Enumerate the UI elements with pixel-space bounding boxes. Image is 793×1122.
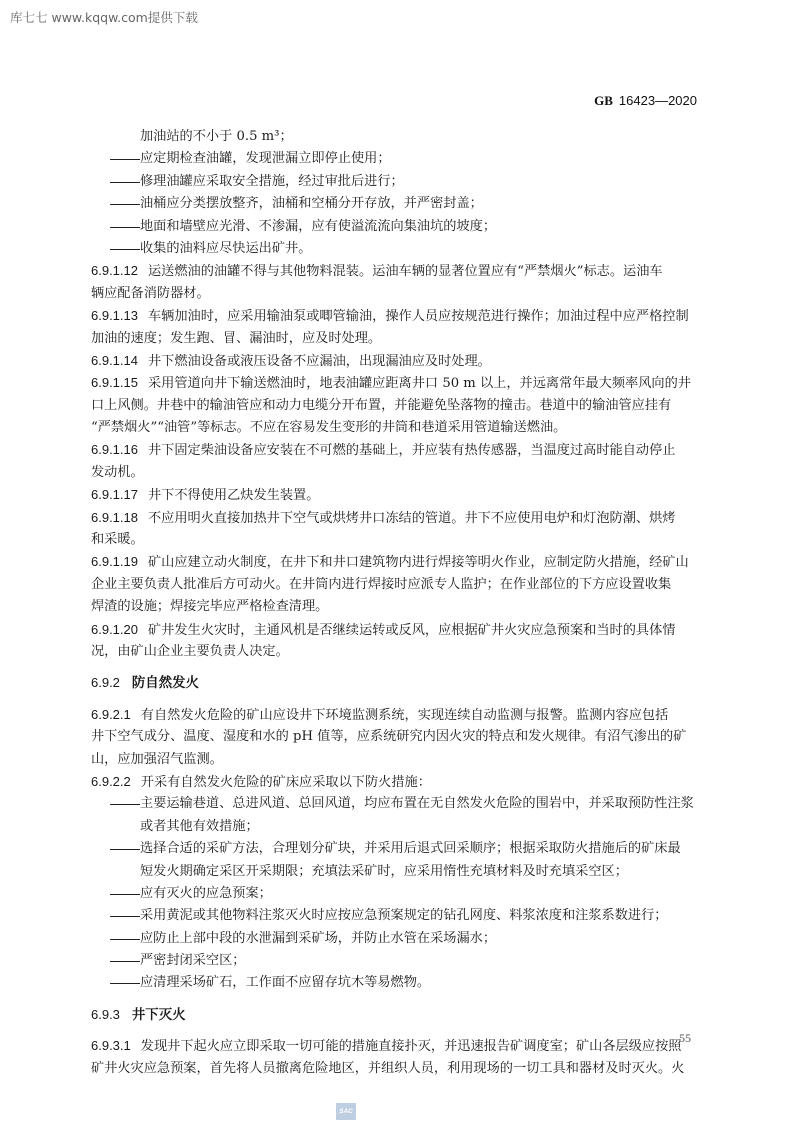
line-text: 应防止上部中段的水泄漏到采矿场，并防止水管在采场漏水； (140, 931, 496, 946)
list-item: 应清理采场矿石，工作面不应留存坑木等易燃物。 (91, 972, 707, 994)
text-line: 收集的油料应尽快运出矿井。 (91, 238, 707, 260)
list-item: 严密封闭采空区； (91, 950, 707, 972)
line-text: 井下不得使用乙炔发生装置。 (148, 488, 319, 503)
line-text: “严禁烟火”“油管”等标志。不应在容易发生变形的井筒和巷道采用管道输送燃油。 (91, 420, 566, 435)
line-text: 主要运输巷道、总进风道、总回风道，均应布置在无自然发火危险的围岩中，并采取预防性… (140, 796, 694, 811)
text-line: 6.9.1.18不应用明火直接加热井下空气或烘烤井口冻结的管道。井下不应使用电炉… (91, 507, 707, 529)
clause: 6.9.1.20矿井发生火灾时，主通风机是否继续运转或反风，应根据矿井火灾应急预… (91, 619, 707, 664)
line-text: 加油的速度；发生跑、冒、漏油时，应及时处理。 (91, 331, 381, 346)
text-line: 焊渣的设施；焊接完毕应严格检查清理。 (91, 596, 707, 618)
line-text: 油桶应分类摆放整齐，油桶和空桶分开存放，并严密封盖； (140, 196, 483, 211)
text-line: 6.9.3.1发现井下起火应立即采取一切可能的措施直接扑灭，并迅速报告矿调度室；… (91, 1035, 707, 1057)
line-text: 采用管道向井下输送燃油时，地表油罐应距离井口 50 m 以上，并远离常年最大频率… (148, 376, 691, 391)
clause-number: 6.9.2.1 (91, 707, 131, 722)
text-line: 和采暖。 (91, 529, 707, 551)
line-text: 应清理采场矿石，工作面不应留存坑木等易燃物。 (140, 975, 430, 990)
em-dash-bullet-icon (110, 939, 140, 940)
em-dash-bullet-icon (110, 961, 140, 962)
document-body: 加油站的不小于 0.5 m³；应定期检查油罐，发现泄漏立即停止使用；修理油罐应采… (91, 126, 707, 1080)
list-item: 地面和墙壁应光滑、不渗漏，应有使溢流流向集油坑的坡度； (91, 216, 707, 238)
line-text: 况，由矿山企业主要负责人决定。 (91, 644, 289, 659)
line-text: 采用黄泥或其他物料注浆灭火时应按应急预案规定的钻孔网度、料浆浓度和注浆系数进行； (140, 908, 668, 923)
text-line: 6.9.1.16井下固定柴油设备应安装在不可燃的基础上，并应装有热传感器，当温度… (91, 439, 707, 461)
line-text: 应定期检查油罐，发现泄漏立即停止使用； (140, 151, 391, 166)
clause-number: 6.9.1.19 (91, 554, 138, 569)
list-item: 油桶应分类摆放整齐，油桶和空桶分开存放，并严密封盖； (91, 193, 707, 215)
sac-logo-icon: SAC (336, 1103, 356, 1120)
em-dash-bullet-icon (110, 894, 140, 895)
clause-number: 6.9.2.2 (91, 774, 131, 789)
clause: 6.9.2.2开采有自然发火危险的矿床应采取以下防火措施： (91, 771, 707, 793)
em-dash-bullet-icon (110, 249, 140, 250)
clause: 6.9.1.13车辆加油时，应采用输油泵或唧管输油，操作人员应按规范进行操作；加… (91, 305, 707, 350)
clause: 6.9.1.19矿山应建立动火制度，在井下和井口建筑物内进行焊接等明火作业，应制… (91, 551, 707, 618)
clause: 6.9.1.15采用管道向井下输送燃油时，地表油罐应距离井口 50 m 以上，并… (91, 372, 707, 439)
em-dash-bullet-icon (110, 916, 140, 917)
clause: 6.9.2.1有自然发火危险的矿山应设井下环境监测系统，实现连续自动监测与报警。… (91, 704, 707, 771)
list-item: 修理油罐应采取安全措施，经过审批后进行； (91, 171, 707, 193)
text-line: 井下空气成分、温度、湿度和水的 pH 值等，应系统研究内因火灾的特点和发火规律。… (91, 726, 707, 748)
text-line: 应有灭火的应急预案； (91, 883, 707, 905)
watermark: 库七七 www.kqqw.com提供下载 (10, 8, 198, 26)
list-item: 应定期检查油罐，发现泄漏立即停止使用； (91, 148, 707, 170)
text-line: 况，由矿山企业主要负责人决定。 (91, 641, 707, 663)
text-line: 主要运输巷道、总进风道、总回风道，均应布置在无自然发火危险的围岩中，并采取预防性… (91, 793, 707, 815)
list-item: 主要运输巷道、总进风道、总回风道，均应布置在无自然发火危险的围岩中，并采取预防性… (91, 793, 707, 838)
line-text: 或者其他有效措施； (140, 819, 259, 834)
text-line: 油桶应分类摆放整齐，油桶和空桶分开存放，并严密封盖； (91, 193, 707, 215)
text-line: 短发火期确定采区开采期限；充填法采矿时，应采用惰性充填材料及时充填采空区； (91, 861, 707, 883)
clause-number: 6.9.1.16 (91, 442, 138, 457)
text-line: 采用黄泥或其他物料注浆灭火时应按应急预案规定的钻孔网度、料浆浓度和注浆系数进行； (91, 905, 707, 927)
list-item: 选择合适的采矿方法，合理划分矿块，并采用后退式回采顺序；根据采取防火措施后的矿床… (91, 838, 707, 883)
section-heading: 6.9.2防自然发火 (91, 672, 707, 694)
line-text: 辆应配备消防器材。 (91, 286, 210, 301)
text-line: 严密封闭采空区； (91, 950, 707, 972)
line-text: 焊渣的设施；焊接完毕应严格检查清理。 (91, 599, 328, 614)
clause-number: 6.9.3.1 (91, 1038, 131, 1053)
line-text: 发现井下起火应立即采取一切可能的措施直接扑灭，并迅速报告矿调度室；矿山各层级应按… (141, 1039, 682, 1054)
text-line: 6.9.1.17井下不得使用乙炔发生装置。 (91, 484, 707, 506)
clause-number: 6.9.1.20 (91, 622, 138, 637)
text-line: 应清理采场矿石，工作面不应留存坑木等易燃物。 (91, 972, 707, 994)
text-line: 6.9.1.12运送燃油的油罐不得与其他物料混装。运油车辆的显著位置应有“严禁烟… (91, 260, 707, 282)
line-text: 加油站的不小于 0.5 m³； (140, 129, 293, 144)
text-line: 6.9.1.14井下燃油设备或液压设备不应漏油，出现漏油应及时处理。 (91, 350, 707, 372)
clause-number: 6.9.1.14 (91, 353, 138, 368)
text-line: “严禁烟火”“油管”等标志。不应在容易发生变形的井筒和巷道采用管道输送燃油。 (91, 417, 707, 439)
section-title: 防自然发火 (132, 675, 199, 690)
text-line: 发动机。 (91, 462, 707, 484)
text-line: 企业主要负责人批准后方可动火。在井筒内进行焊接时应派专人监护；在作业部位的下方应… (91, 574, 707, 596)
line-text: 严密封闭采空区； (140, 953, 246, 968)
clause: 6.9.1.12运送燃油的油罐不得与其他物料混装。运油车辆的显著位置应有“严禁烟… (91, 260, 707, 305)
list-item: 应有灭火的应急预案； (91, 883, 707, 905)
list-item: 应防止上部中段的水泄漏到采矿场，并防止水管在采场漏水； (91, 928, 707, 950)
em-dash-bullet-icon (110, 159, 140, 160)
line-text: 企业主要负责人批准后方可动火。在井筒内进行焊接时应派专人监护；在作业部位的下方应… (91, 577, 671, 592)
em-dash-bullet-icon (110, 804, 140, 805)
line-text: 修理油罐应采取安全措施，经过审批后进行； (140, 174, 404, 189)
standard-code: GB16423—2020 (594, 93, 697, 109)
standard-number: 16423—2020 (619, 93, 697, 108)
line-text: 开采有自然发火危险的矿床应采取以下防火措施： (141, 775, 431, 790)
list-item: 收集的油料应尽快运出矿井。 (91, 238, 707, 260)
text-line: 地面和墙壁应光滑、不渗漏，应有使溢流流向集油坑的坡度； (91, 216, 707, 238)
line-text: 井下燃油设备或液压设备不应漏油，出现漏油应及时处理。 (148, 354, 491, 369)
line-text: 选择合适的采矿方法，合理划分矿块，并采用后退式回采顺序；根据采取防火措施后的矿床… (140, 841, 681, 856)
list-item: 采用黄泥或其他物料注浆灭火时应按应急预案规定的钻孔网度、料浆浓度和注浆系数进行； (91, 905, 707, 927)
text-line: 修理油罐应采取安全措施，经过审批后进行； (91, 171, 707, 193)
text-line: 应防止上部中段的水泄漏到采矿场，并防止水管在采场漏水； (91, 928, 707, 950)
clause: 6.9.1.14井下燃油设备或液压设备不应漏油，出现漏油应及时处理。 (91, 350, 707, 372)
text-line: 6.9.1.19矿山应建立动火制度，在井下和井口建筑物内进行焊接等明火作业，应制… (91, 551, 707, 573)
line-text: 井下空气成分、温度、湿度和水的 pH 值等，应系统研究内因火灾的特点和发火规律。… (91, 729, 686, 744)
line-text: 运送燃油的油罐不得与其他物料混装。运油车辆的显著位置应有“严禁烟火”标志。运油车 (148, 264, 663, 279)
text-line: 选择合适的采矿方法，合理划分矿块，并采用后退式回采顺序；根据采取防火措施后的矿床… (91, 838, 707, 860)
em-dash-bullet-icon (110, 204, 140, 205)
em-dash-bullet-icon (110, 983, 140, 984)
line-text: 发动机。 (91, 465, 144, 480)
line-text: 矿井火灾应急预案，首先将人员撤离危险地区，并组织人员，利用现场的一切工具和器材及… (91, 1061, 684, 1076)
section-number: 6.9.2 (91, 675, 120, 690)
continuation-text: 加油站的不小于 0.5 m³； (91, 126, 707, 148)
clause-number: 6.9.1.12 (91, 263, 138, 278)
line-text: 矿井发生火灾时，主通风机是否继续运转或反风，应根据矿井火灾应急预案和当时的具体情 (148, 623, 676, 638)
line-text: 山，应加强沼气监测。 (91, 752, 223, 767)
line-text: 和采暖。 (91, 532, 144, 547)
line-text: 车辆加油时，应采用输油泵或唧管输油，操作人员应按规范进行操作；加油过程中应严格控… (148, 309, 689, 324)
line-text: 口上风侧。井巷中的输油管应和动力电缆分开布置，并能避免坠落物的撞击。巷道中的输油… (91, 398, 671, 413)
text-line: 应定期检查油罐，发现泄漏立即停止使用； (91, 148, 707, 170)
clause-number: 6.9.1.15 (91, 375, 138, 390)
text-line: 矿井火灾应急预案，首先将人员撤离危险地区，并组织人员，利用现场的一切工具和器材及… (91, 1058, 707, 1080)
clause: 6.9.1.17井下不得使用乙炔发生装置。 (91, 484, 707, 506)
text-line: 6.9.1.15采用管道向井下输送燃油时，地表油罐应距离井口 50 m 以上，并… (91, 372, 707, 394)
text-line: 6.9.2.1有自然发火危险的矿山应设井下环境监测系统，实现连续自动监测与报警。… (91, 704, 707, 726)
section-heading: 6.9.3井下灭火 (91, 1004, 707, 1026)
page-number: 55 (679, 1031, 691, 1046)
em-dash-bullet-icon (110, 182, 140, 183)
clause-number: 6.9.1.18 (91, 510, 138, 525)
text-line: 6.9.1.20矿井发生火灾时，主通风机是否继续运转或反风，应根据矿井火灾应急预… (91, 619, 707, 641)
text-line: 口上风侧。井巷中的输油管应和动力电缆分开布置，并能避免坠落物的撞击。巷道中的输油… (91, 395, 707, 417)
text-line: 或者其他有效措施； (91, 816, 707, 838)
section-title: 井下灭火 (132, 1007, 186, 1022)
text-line: 辆应配备消防器材。 (91, 283, 707, 305)
section-number: 6.9.3 (91, 1007, 120, 1022)
em-dash-bullet-icon (110, 227, 140, 228)
text-line: 加油的速度；发生跑、冒、漏油时，应及时处理。 (91, 328, 707, 350)
em-dash-bullet-icon (110, 849, 140, 850)
line-text: 矿山应建立动火制度，在井下和井口建筑物内进行焊接等明火作业，应制定防火措施，经矿… (148, 555, 689, 570)
text-line: 山，应加强沼气监测。 (91, 749, 707, 771)
line-text: 收集的油料应尽快运出矿井。 (140, 241, 311, 256)
line-text: 有自然发火危险的矿山应设井下环境监测系统，实现连续自动监测与报警。监测内容应包括 (141, 708, 669, 723)
text-line: 6.9.2.2开采有自然发火危险的矿床应采取以下防火措施： (91, 771, 707, 793)
line-text: 应有灭火的应急预案； (140, 886, 272, 901)
clause: 6.9.1.18不应用明火直接加热井下空气或烘烤井口冻结的管道。井下不应使用电炉… (91, 507, 707, 552)
clause: 6.9.1.16井下固定柴油设备应安装在不可燃的基础上，并应装有热传感器，当温度… (91, 439, 707, 484)
text-line: 6.9.1.13车辆加油时，应采用输油泵或唧管输油，操作人员应按规范进行操作；加… (91, 305, 707, 327)
standard-prefix: GB (594, 93, 613, 108)
clause: 6.9.3.1发现井下起火应立即采取一切可能的措施直接扑灭，并迅速报告矿调度室；… (91, 1035, 707, 1080)
line-text: 地面和墙壁应光滑、不渗漏，应有使溢流流向集油坑的坡度； (140, 219, 496, 234)
line-text: 短发火期确定采区开采期限；充填法采矿时，应采用惰性充填材料及时充填采空区； (140, 864, 628, 879)
text-line: 加油站的不小于 0.5 m³； (91, 126, 707, 148)
clause-number: 6.9.1.17 (91, 487, 138, 502)
clause-number: 6.9.1.13 (91, 308, 138, 323)
line-text: 井下固定柴油设备应安装在不可燃的基础上，并应装有热传感器，当温度过高时能自动停止 (148, 443, 676, 458)
line-text: 不应用明火直接加热井下空气或烘烤井口冻结的管道。井下不应使用电炉和灯泡防潮、烘烤 (148, 511, 676, 526)
